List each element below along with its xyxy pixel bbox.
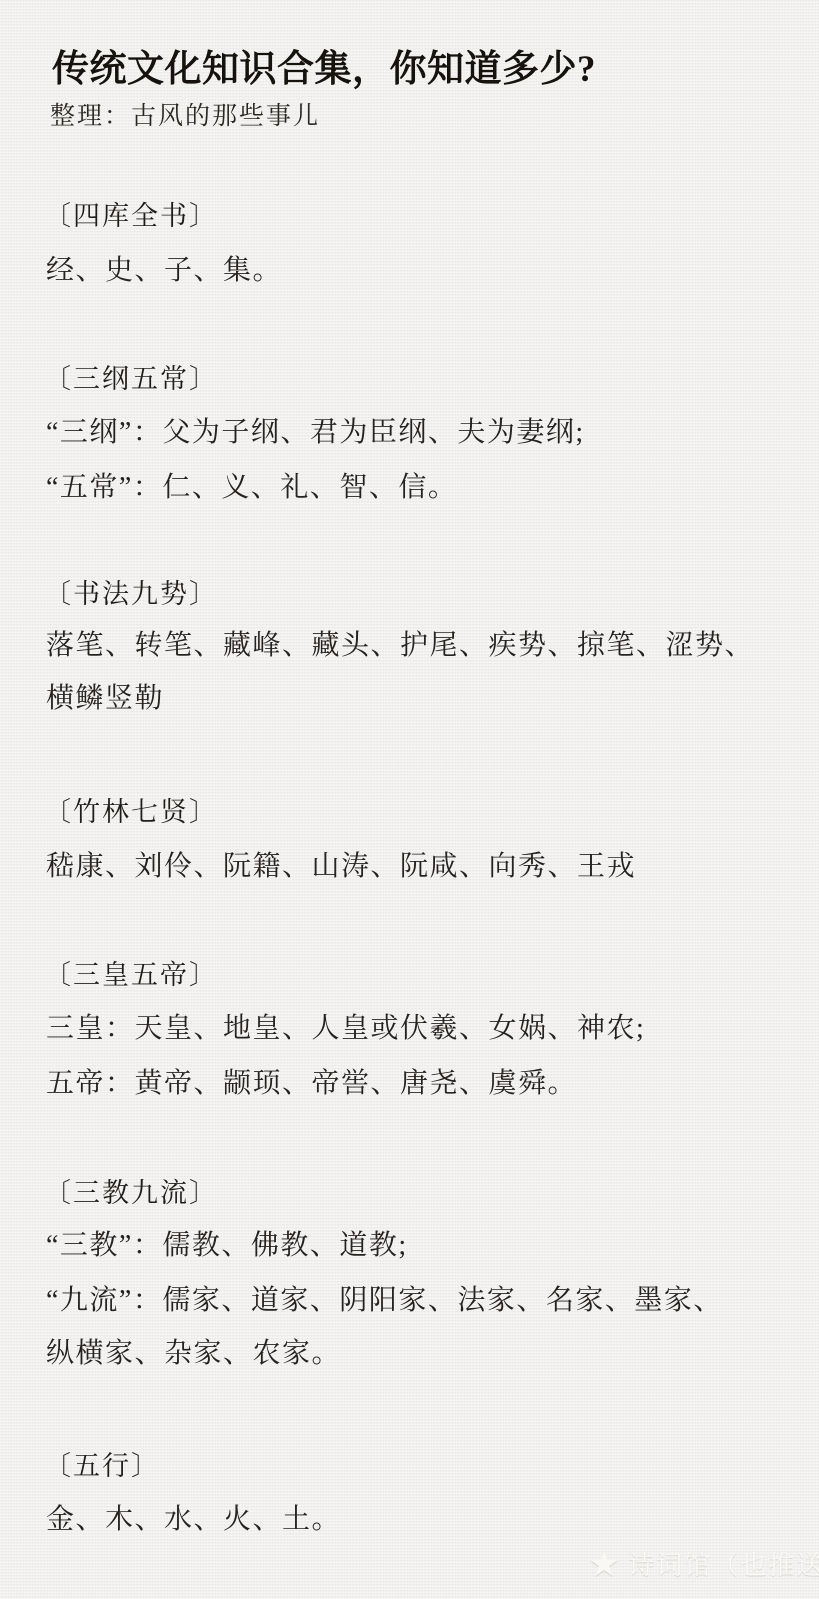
text-line: 三皇：天皇、地皇、人皇或伏羲、女娲、神农; bbox=[46, 1006, 645, 1046]
text-line: 横鳞竖勒 bbox=[46, 676, 164, 716]
text-line: 金、木、水、火、土。 bbox=[46, 1497, 341, 1537]
text-line: 落笔、转笔、藏峰、藏头、护尾、疾势、掠笔、涩势、 bbox=[46, 623, 754, 663]
page-title: 传统文化知识合集，你知道多少? bbox=[52, 38, 596, 92]
watermark-text: 诗词馆（也推送古 bbox=[628, 1545, 819, 1582]
text-line: 经、史、子、集。 bbox=[46, 248, 282, 288]
byline: 整理：古风的那些事儿 bbox=[50, 96, 320, 132]
text-line: 纵横家、杂家、农家。 bbox=[46, 1331, 341, 1371]
section-heading-sanhuang-wudi: 〔三皇五帝〕 bbox=[44, 953, 218, 992]
watermark-star-icon: ★ bbox=[588, 1546, 620, 1582]
section-heading-siku-quanshu: 〔四库全书〕 bbox=[44, 194, 218, 233]
text-line: “九流”：儒家、道家、阴阳家、法家、名家、墨家、 bbox=[46, 1278, 723, 1318]
document-page: 传统文化知识合集，你知道多少? 整理：古风的那些事儿 〔四库全书〕 经、史、子、… bbox=[0, 0, 819, 1599]
section-heading-shufa-jiushi: 〔书法九势〕 bbox=[44, 572, 218, 611]
text-line: “三纲”：父为子纲、君为臣纲、夫为妻纲; bbox=[46, 410, 585, 450]
text-line: “三教”：儒教、佛教、道教; bbox=[46, 1223, 408, 1263]
section-heading-zhulin-qixian: 〔竹林七贤〕 bbox=[44, 790, 218, 829]
text-line: 五帝：黄帝、颛顼、帝喾、唐尧、虞舜。 bbox=[46, 1061, 577, 1101]
text-line: “五常”：仁、义、礼、智、信。 bbox=[46, 465, 457, 505]
section-heading-sangang-wuchang: 〔三纲五常〕 bbox=[44, 357, 218, 396]
text-line: 嵇康、刘伶、阮籍、山涛、阮咸、向秀、王戎 bbox=[46, 844, 636, 884]
section-heading-sanjiao-jiuliu: 〔三教九流〕 bbox=[44, 1171, 218, 1210]
watermark: ★ 诗词馆（也推送古 bbox=[588, 1545, 819, 1582]
section-heading-wuxing: 〔五行〕 bbox=[44, 1444, 160, 1483]
